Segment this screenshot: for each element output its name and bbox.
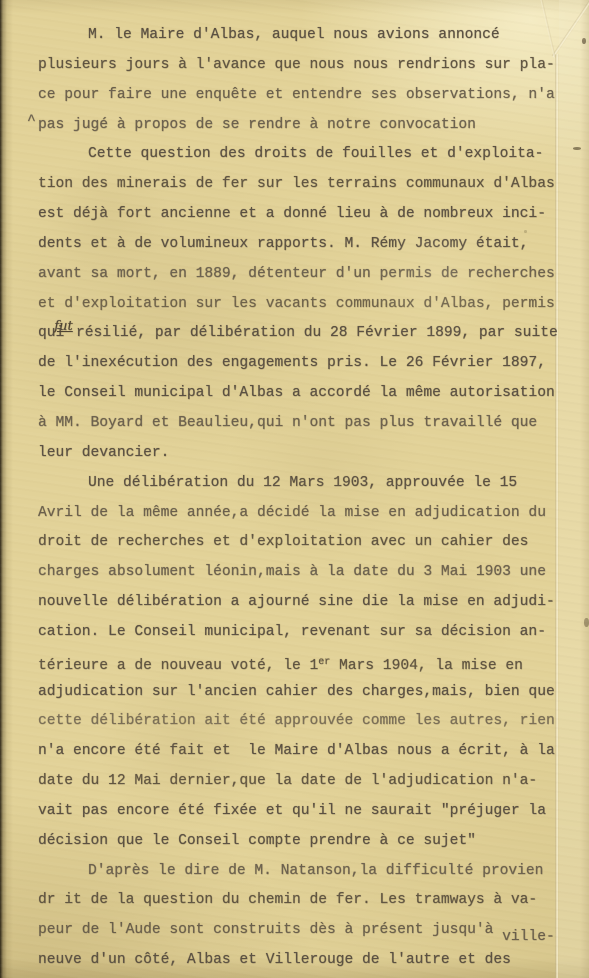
text-segment: M. le Maire d'Albas, auquel nous avions … xyxy=(88,27,500,43)
text-segment: Avril de la même année,a décidé la mise … xyxy=(38,505,546,521)
text-segment: date du 12 Mai dernier,que la date de l'… xyxy=(38,773,537,789)
text-segment: nouvelle délibération a ajourné sine die… xyxy=(38,594,555,610)
text-segment: cette délibération ait été approuvée com… xyxy=(38,713,555,729)
text-line: Avril de la même année,a décidé la mise … xyxy=(38,499,589,529)
text-line: peur de l'Aude sont construits dès à pré… xyxy=(38,916,589,946)
text-line: et d'exploitation sur les vacants commun… xyxy=(38,290,589,320)
scanned-page: M. le Maire d'Albas, auquel nous avions … xyxy=(0,0,589,978)
text-segment: vait pas encore été fixée et qu'il ne sa… xyxy=(38,803,546,819)
text-segment: Cette question des droits de fouilles et… xyxy=(88,146,543,162)
text-line: à MM. Boyard et Beaulieu,qui n'ont pas p… xyxy=(38,409,589,439)
text-segment: à MM. Boyard et Beaulieu,qui n'ont pas p… xyxy=(38,415,537,431)
text-line: le Conseil municipal d'Albas a accordé l… xyxy=(38,379,589,409)
text-line: tion des minerais de fer sur les terrain… xyxy=(38,170,589,200)
text-segment: charges absolument léonin,mais à la date… xyxy=(38,564,546,580)
text-line: Cette question des droits de fouilles et… xyxy=(38,140,589,170)
text-segment: le Conseil municipal d'Albas a accordé l… xyxy=(38,385,555,401)
text-line: adjudication sur l'ancien cahier des cha… xyxy=(38,678,589,708)
text-segment: pas jugé à propos de se rendre à notre c… xyxy=(38,117,476,133)
text-segment: D'après le dire de M. Natanson,la diffic… xyxy=(88,863,543,879)
text-segment: résilié, par délibération du 28 Février … xyxy=(67,325,557,341)
text-segment: de l'inexécution des engagements pris. L… xyxy=(38,355,546,371)
text-segment: et d'exploitation sur les vacants commun… xyxy=(38,296,555,312)
text-segment: droit de recherches et d'exploitation av… xyxy=(38,534,528,550)
text-segment: Une délibération du 12 Mars 1903, approu… xyxy=(88,475,517,491)
text-line: neuve d'un côté, Albas et Villerouge de … xyxy=(38,946,589,976)
text-segment: peur de l'Aude sont construits dès à pré… xyxy=(38,922,502,938)
text-segment: leur devancier. xyxy=(38,445,169,461)
caret-mark: ^ xyxy=(27,107,38,137)
text-line: ^pas jugé à propos de se rendre à notre … xyxy=(38,111,589,141)
text-line: plusieurs jours à l'avance que nous nous… xyxy=(38,51,589,81)
text-segment: décision que le Conseil compte prendre à… xyxy=(38,833,476,849)
text-line: avant sa mort, en 1889, détenteur d'un p… xyxy=(38,260,589,290)
text-segment: avant sa mort, en 1889, détenteur d'un p… xyxy=(38,266,555,282)
text-line: ce pour faire une enquête et entendre se… xyxy=(38,81,589,111)
text-segment: térieure a de nouveau voté, le 1 xyxy=(38,658,318,674)
text-line: n'a encore été fait et le Maire d'Albas … xyxy=(38,737,589,767)
text-line: dents et à de volumineux rapports. M. Ré… xyxy=(38,230,589,260)
text-segment: tion des minerais de fer sur les terrain… xyxy=(38,176,555,192)
text-line: cette délibération ait été approuvée com… xyxy=(38,707,589,737)
text-segment: adjudication sur l'ancien cahier des cha… xyxy=(38,684,555,700)
text-segment: er xyxy=(318,657,330,668)
text-line: Une délibération du 12 Mars 1903, approu… xyxy=(38,469,589,499)
text-line: M. le Maire d'Albas, auquel nous avions … xyxy=(38,21,589,51)
text-line: droit de recherches et d'exploitation av… xyxy=(38,528,589,558)
text-line: nouvelle délibération a ajourné sine die… xyxy=(38,588,589,618)
text-segment: cation. Le Conseil municipal, revenant s… xyxy=(38,624,546,640)
text-segment: plusieurs jours à l'avance que nous nous… xyxy=(38,57,555,73)
text-line: de l'inexécution des engagements pris. L… xyxy=(38,349,589,379)
text-line: date du 12 Mai dernier,que la date de l'… xyxy=(38,767,589,797)
text-segment: dr it de la question du chemin de fer. L… xyxy=(38,892,537,908)
text-segment: n'a encore été fait et le Maire d'Albas … xyxy=(38,743,555,759)
text-line: vait pas encore été fixée et qu'il ne sa… xyxy=(38,797,589,827)
text-line: D'après le dire de M. Natanson,la diffic… xyxy=(38,857,589,887)
text-segment: est déjà fort ancienne et a donné lieu à… xyxy=(38,206,546,222)
text-segment: dents et à de volumineux rapports. M. Ré… xyxy=(38,236,528,252)
text-line: quifut résilié, par délibération du 28 F… xyxy=(38,319,589,349)
text-segment: Mars 1904, la mise en xyxy=(330,658,523,674)
text-segment: ce pour faire une enquête et entendre se… xyxy=(38,87,555,103)
text-segment: ville- xyxy=(502,929,555,945)
text-line: décision que le Conseil compte prendre à… xyxy=(38,827,589,857)
document-text: M. le Maire d'Albas, auquel nous avions … xyxy=(0,0,589,978)
text-line: dr it de la question du chemin de fer. L… xyxy=(38,886,589,916)
text-segment: neuve d'un côté, Albas et Villerouge de … xyxy=(38,952,511,968)
text-line: cation. Le Conseil municipal, revenant s… xyxy=(38,618,589,648)
text-line: charges absolument léonin,mais à la date… xyxy=(38,558,589,588)
text-line: leur devancier. xyxy=(38,439,589,469)
text-line: térieure a de nouveau voté, le 1er Mars … xyxy=(38,648,589,678)
text-line: est déjà fort ancienne et a donné lieu à… xyxy=(38,200,589,230)
